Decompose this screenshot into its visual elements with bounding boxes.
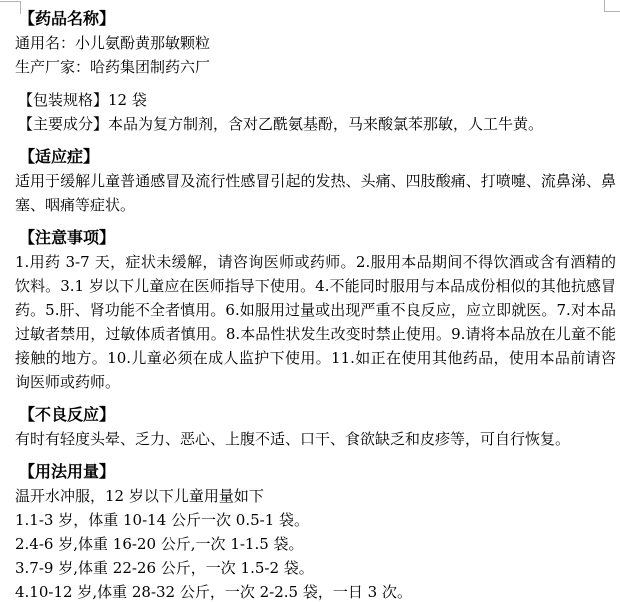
adverse-reactions-body: 有时有轻度头晕、乏力、恶心、上腹不适、口干、食欲缺乏和皮疹等，可自行恢复。 [15, 427, 616, 451]
indications-body: 适用于缓解儿童普通感冒及流行性感冒引起的发热、头痛、四肢酸痛、打喷嚏、流鼻涕、鼻… [15, 169, 616, 217]
crop-mark-top-right-icon [604, 0, 620, 12]
dosage-item: 2.4-6 岁,体重 16-20 公斤,一次 1-1.5 袋。 [15, 532, 616, 556]
section-drug-name: 【药品名称】 通用名：小儿氨酚黄那敏颗粒 生产厂家：哈药集团制药六厂 [15, 7, 616, 79]
dosage-heading: 【用法用量】 [15, 460, 616, 484]
ingredients-line: 【主要成分】本品为复方制剂，含对乙酰氨基酚，马来酸氯苯那敏，人工牛黄。 [15, 112, 616, 136]
ingredients-value: 本品为复方制剂，含对乙酰氨基酚，马来酸氯苯那敏，人工牛黄。 [108, 115, 543, 133]
section-precautions: 【注意事项】 1.用药 3-7 天，症状未缓解，请咨询医师或药师。2.服用本品期… [15, 226, 616, 394]
dosage-intro: 温开水冲服，12 岁以下儿童用量如下 [15, 484, 616, 508]
crop-mark-top-left-icon [0, 1, 21, 14]
dosage-item: 4.10-12 岁,体重 28-32 公斤，一次 2-2.5 袋，一日 3 次。 [15, 580, 616, 602]
dosage-item: 1.1-3 岁，体重 10-14 公斤一次 0.5-1 袋。 [15, 508, 616, 532]
adverse-reactions-heading: 【不良反应】 [15, 403, 616, 427]
document-page: 【药品名称】 通用名：小儿氨酚黄那敏颗粒 生产厂家：哈药集团制药六厂 【包装规格… [0, 0, 620, 602]
section-adverse-reactions: 【不良反应】 有时有轻度头晕、乏力、恶心、上腹不适、口干、食欲缺乏和皮疹等，可自… [15, 403, 616, 451]
package-spec-value: 12 袋 [108, 91, 147, 109]
section-dosage: 【用法用量】 温开水冲服，12 岁以下儿童用量如下 1.1-3 岁，体重 10-… [15, 460, 616, 602]
section-indications: 【适应症】 适用于缓解儿童普通感冒及流行性感冒引起的发热、头痛、四肢酸痛、打喷嚏… [15, 145, 616, 217]
package-spec-line: 【包装规格】12 袋 [15, 88, 616, 112]
dosage-item: 3.7-9 岁,体重 22-26 公斤，一次 1.5-2 袋。 [15, 556, 616, 580]
drug-name-heading: 【药品名称】 [15, 7, 616, 31]
manufacturer-line: 生产厂家：哈药集团制药六厂 [15, 55, 616, 79]
generic-name-line: 通用名：小儿氨酚黄那敏颗粒 [15, 31, 616, 55]
precautions-heading: 【注意事项】 [15, 226, 616, 250]
section-package-spec: 【包装规格】12 袋 【主要成分】本品为复方制剂，含对乙酰氨基酚，马来酸氯苯那敏… [15, 88, 616, 136]
indications-heading: 【适应症】 [15, 145, 616, 169]
precautions-body: 1.用药 3-7 天，症状未缓解，请咨询医师或药师。2.服用本品期间不得饮酒或含… [15, 250, 616, 394]
package-spec-label: 【包装规格】 [18, 91, 108, 109]
ingredients-label: 【主要成分】 [18, 115, 108, 133]
